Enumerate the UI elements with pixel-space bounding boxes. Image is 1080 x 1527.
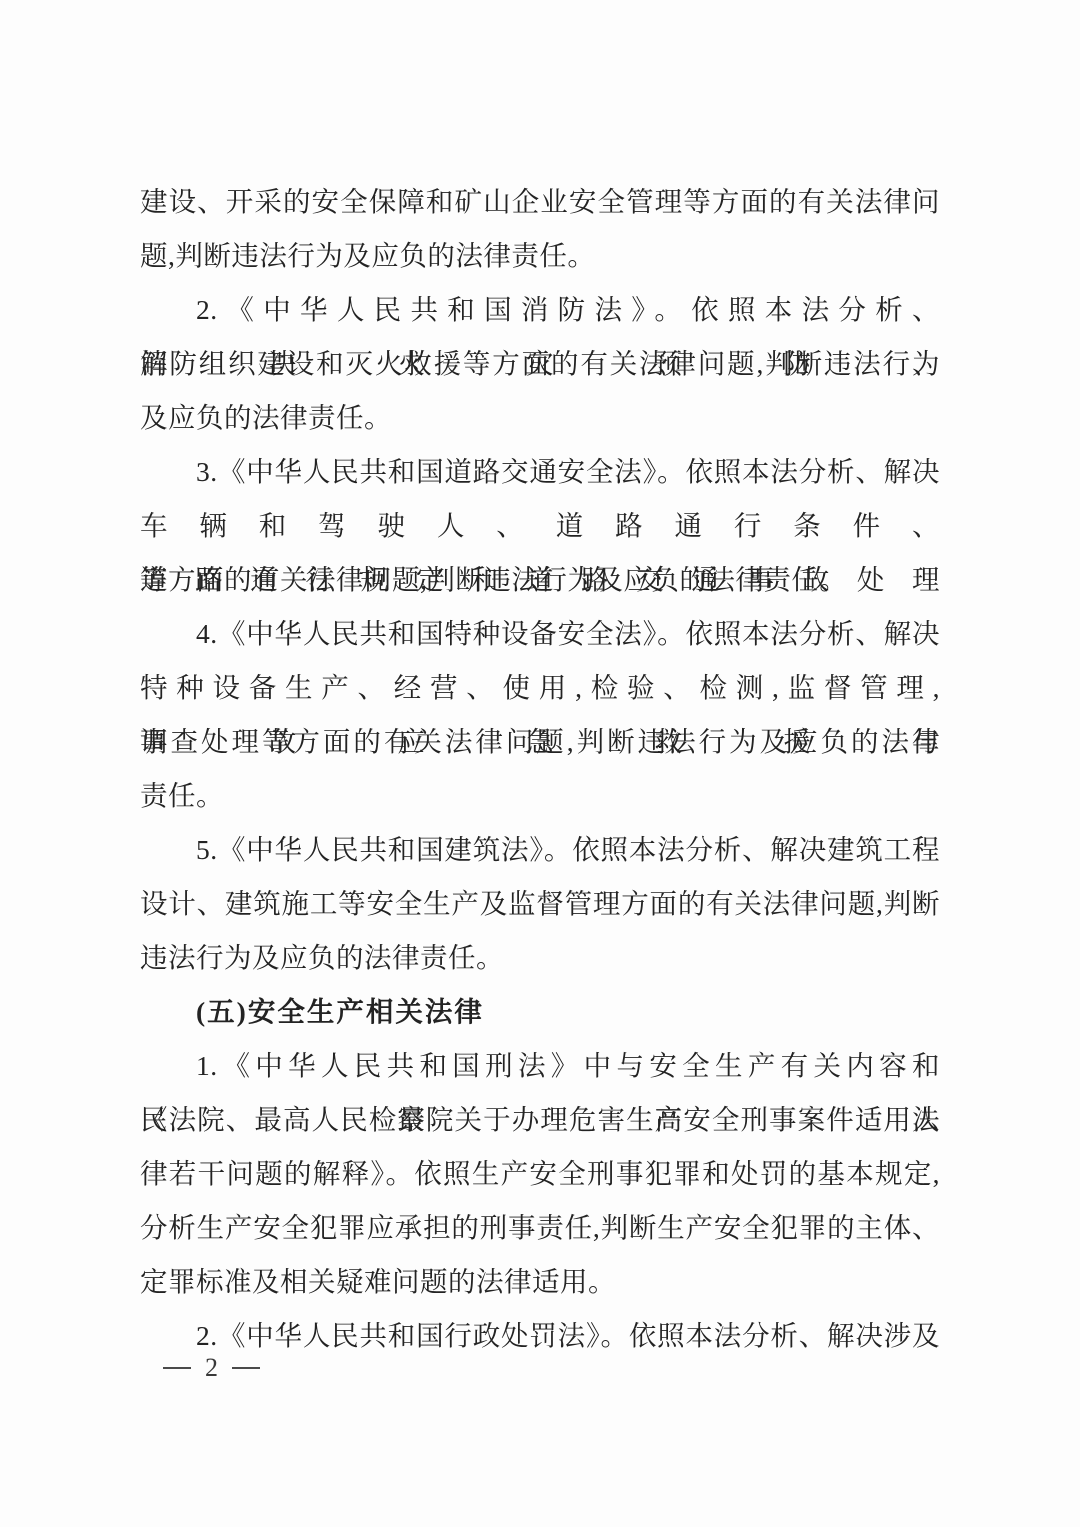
- page-number: 2: [163, 1352, 260, 1384]
- page-number-dash-left: [163, 1367, 191, 1369]
- text-line: 民法院、最高人民检察院关于办理危害生产安全刑事案件适用法: [140, 1093, 940, 1147]
- text-line: 及应负的法律责任。: [140, 391, 940, 445]
- text-line: 设计、建筑施工等安全生产及监督管理方面的有关法律问题,判断: [140, 877, 940, 931]
- document-page: 建设、开采的安全保障和矿山企业安全管理等方面的有关法律问 题,判断违法行为及应负…: [0, 0, 1080, 1527]
- text-line: 2.《中华人民共和国行政处罚法》。依照本法分析、解决涉及: [140, 1309, 940, 1363]
- text-line: 定罪标准及相关疑难问题的法律适用。: [140, 1255, 940, 1309]
- text-line: 题,判断违法行为及应负的法律责任。: [140, 229, 940, 283]
- text-line: 律若干问题的解释》。依照生产安全刑事犯罪和处罚的基本规定,: [140, 1147, 940, 1201]
- section-heading-5: (五)安全生产相关法律: [140, 985, 940, 1039]
- text-line: 建设、开采的安全保障和矿山企业安全管理等方面的有关法律问: [140, 175, 940, 229]
- text-line: 1.《中华人民共和国刑法》中与安全生产有关内容和《最高人: [140, 1039, 940, 1093]
- text-line: 责任。: [140, 769, 940, 823]
- text-line: 调查处理等方面的有关法律问题,判断违法行为及应负的法律: [140, 715, 940, 769]
- page-number-value: 2: [205, 1352, 218, 1384]
- document-body: 建设、开采的安全保障和矿山企业安全管理等方面的有关法律问 题,判断违法行为及应负…: [140, 175, 940, 1363]
- text-line: 分析生产安全犯罪应承担的刑事责任,判断生产安全犯罪的主体、: [140, 1201, 940, 1255]
- text-line: 2.《中华人民共和国消防法》。依照本法分析、解决火灾预防、: [140, 283, 940, 337]
- text-line: 车辆和驾驶人、道路通行条件、道路通行规定和道路交通事故处理: [140, 499, 940, 553]
- text-line: 3.《中华人民共和国道路交通安全法》。依照本法分析、解决: [140, 445, 940, 499]
- text-line: 特种设备生产、经营、使用,检验、检测,监督管理,事故应急救援与: [140, 661, 940, 715]
- text-line: 5.《中华人民共和国建筑法》。依照本法分析、解决建筑工程: [140, 823, 940, 877]
- page-number-dash-right: [232, 1367, 260, 1369]
- text-line: 违法行为及应负的法律责任。: [140, 931, 940, 985]
- text-line: 消防组织建设和灭火救援等方面的有关法律问题,判断违法行为: [140, 337, 940, 391]
- text-line: 等方面的有关法律问题,判断违法行为及应负的法律责任。: [140, 553, 940, 607]
- text-line: 4.《中华人民共和国特种设备安全法》。依照本法分析、解决: [140, 607, 940, 661]
